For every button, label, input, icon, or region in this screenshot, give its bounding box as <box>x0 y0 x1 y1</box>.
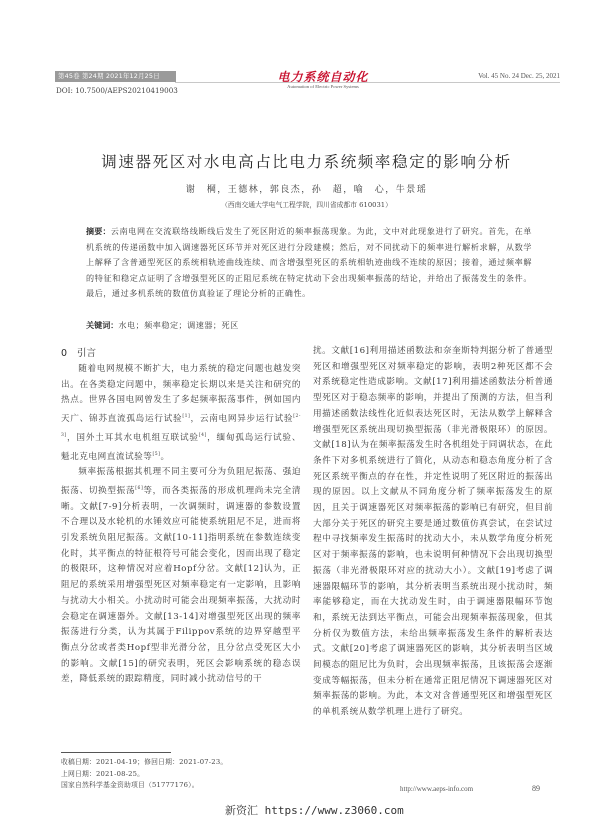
page-number: 89 <box>532 784 540 793</box>
paragraph: 随着电网规模不断扩大，电力系统的稳定问题也越发突出。在各类稳定问题中，频率稳定长… <box>61 362 301 465</box>
journal-name-en: Automation of Electric Power Systems <box>268 84 378 89</box>
paragraph: 扰。文献[16]利用描述函数法和奈奎斯特判据分析了普通型死区和增强型死区对频率稳… <box>313 344 553 721</box>
section-title: 引言 <box>77 348 96 359</box>
volume-info: Vol. 45 No. 24 Dec. 25, 2021 <box>440 72 560 80</box>
abstract-text: 云南电网在交流联络线断线后发生了死区附近的频率振荡现象。为此，文中对此现象进行了… <box>86 226 532 298</box>
issue-info-bar: 第45卷 第24期 2021年12月25日 <box>55 71 176 82</box>
section-heading: 0引言 <box>61 345 96 359</box>
citation[interactable]: [4] <box>199 433 207 438</box>
keywords-text: 水电；频率稳定；调速器；死区 <box>118 320 238 330</box>
paragraph: 频率振荡根据其机理不同主要可分为负阻尼振荡、强迫振荡、切换型振荡[6]等，而各类… <box>61 465 301 688</box>
abstract-label: 摘要： <box>86 226 111 236</box>
doi: DOI: 10.7500/AEPS20210419003 <box>56 86 178 95</box>
paper-title: 调速器死区对水电高占比电力系统频率稳定的影响分析 <box>40 150 573 172</box>
footnotes: 收稿日期：2021-04-19；修回日期：2021-07-23。 上网日期：20… <box>61 757 227 792</box>
keywords-label: 关键词： <box>86 320 118 330</box>
online-date: 上网日期：2021-08-25。 <box>61 769 227 781</box>
received-date: 收稿日期：2021-04-19；修回日期：2021-07-23。 <box>61 757 227 769</box>
abstract: 摘要：云南电网在交流联络线断线后发生了死区附近的频率振荡现象。为此，文中对此现象… <box>86 224 532 302</box>
author-list: 谢 棡，王德林，郭良杰，孙 超，喻 心，牛景瑶 <box>40 182 573 195</box>
keywords: 关键词：水电；频率稳定；调速器；死区 <box>86 320 532 331</box>
body-column-right: 扰。文献[16]利用描述函数法和奈奎斯特判据分析了普通型死区和增强型死区对频率稳… <box>313 344 553 721</box>
journal-url[interactable]: http://www.aeps-info.com <box>400 785 473 793</box>
affiliation: （西南交通大学电气工程学院，四川省成都市 610031） <box>40 199 573 209</box>
journal-logo-cn: 电力系统自动化 <box>268 68 378 85</box>
watermark: 新资汇 https://www.z3060.com <box>225 802 404 818</box>
funding-note: 国家自然科学基金资助项目（51777176）。 <box>61 780 227 792</box>
body-column-left: 随着电网规模不断扩大，电力系统的稳定问题也越发突出。在各类稳定问题中，频率稳定长… <box>61 362 301 688</box>
section-number: 0 <box>61 348 67 359</box>
footnote-divider <box>61 752 171 753</box>
